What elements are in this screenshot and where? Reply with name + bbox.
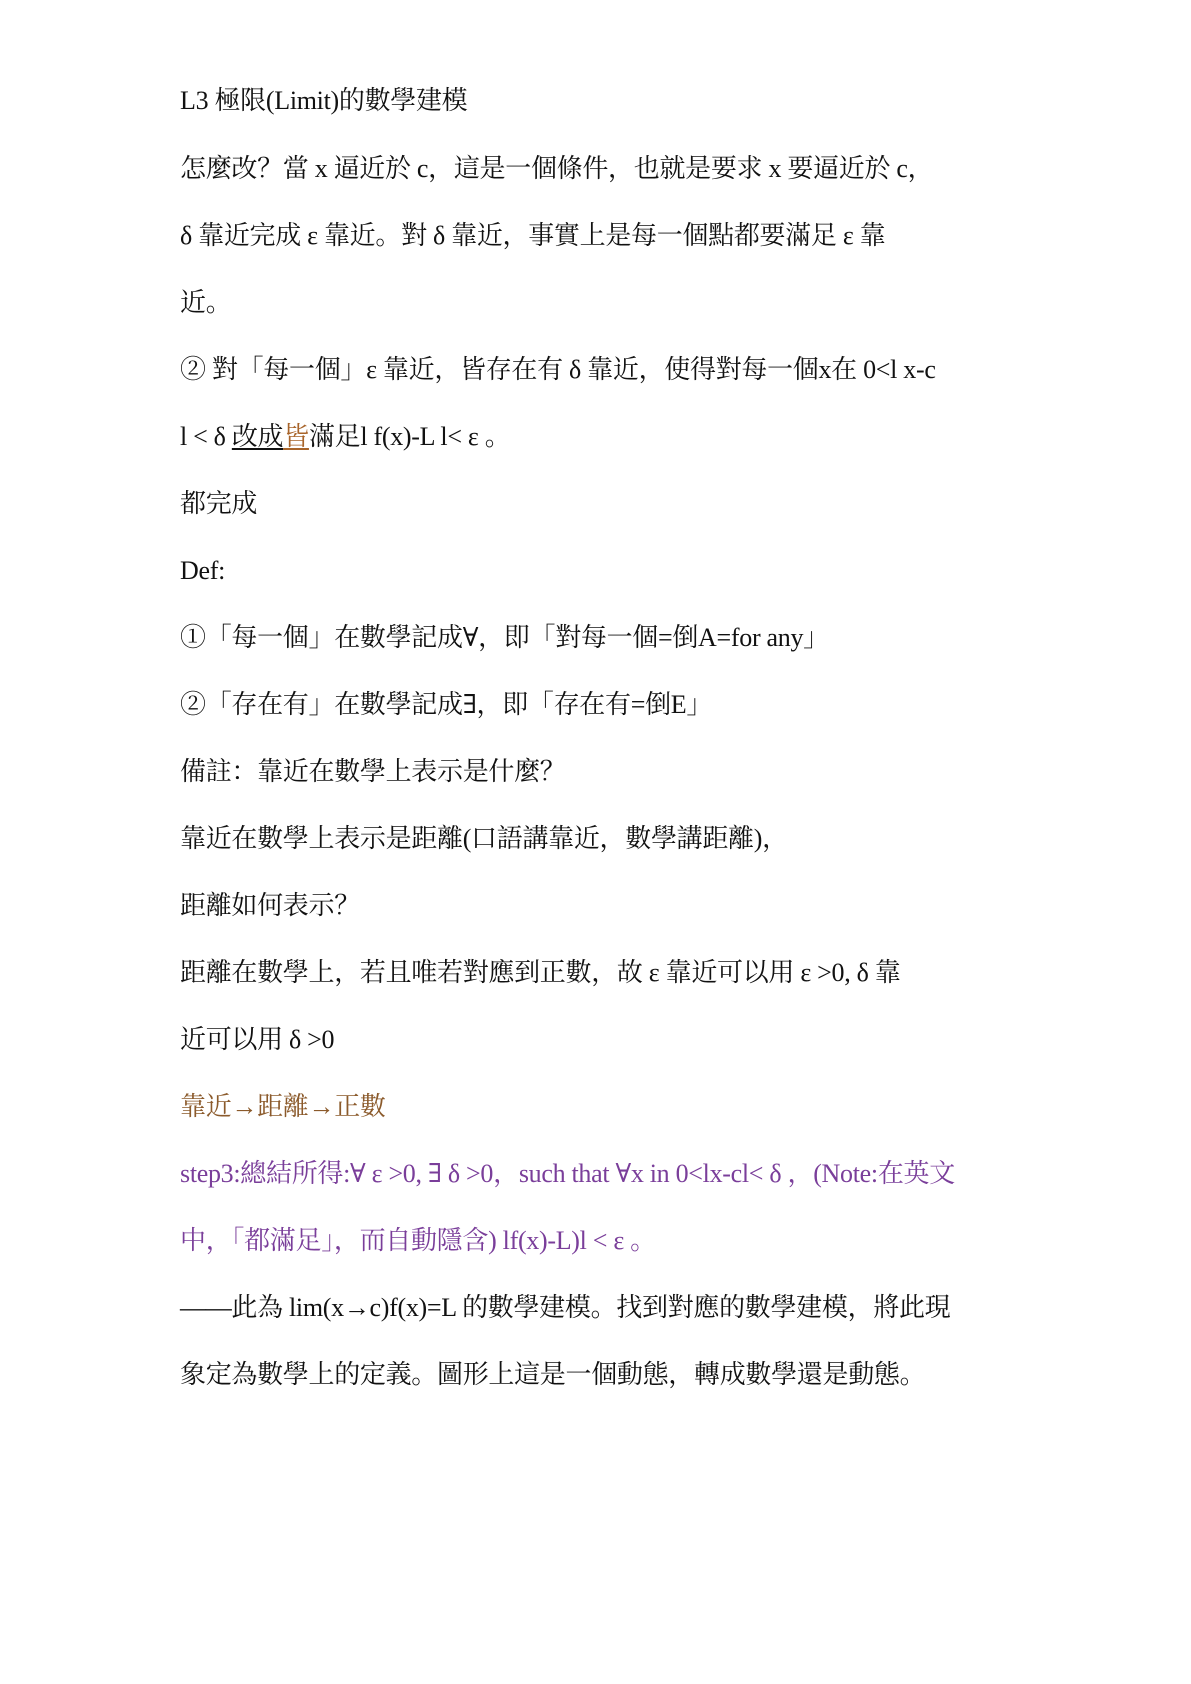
paragraph-line: 近可以用 δ >0 [180,1023,334,1057]
paragraph-line: 靠近在數學上表示是距離(口語講靠近，數學講距離)， [180,822,788,856]
paragraph-line: δ 靠近完成 ε 靠近。對 δ 靠近，事實上是每一個點都要滿足 ε 靠 [180,219,885,253]
paragraph-line: 怎麼改？當 x 逼近於 c，這是一個條件，也就是要求 x 要逼近於 c， [180,152,933,186]
conclusion-line: 象定為數學上的定義。圖形上這是一個動態，轉成數學還是動態。 [180,1358,925,1392]
conclusion-line: ——此為 lim(x→c)f(x)=L 的數學建模。找到對應的數學建模，將此現 [180,1291,950,1325]
definition-heading: Def: [180,554,225,588]
paragraph-line: 距離在數學上，若且唯若對應到正數，故 ε 靠近可以用 ε >0, δ 靠 [180,956,900,990]
document-page: L3 極限(Limit)的數學建模 怎麼改？當 x 逼近於 c，這是一個條件，也… [0,0,1191,1684]
paragraph-line: 近。 [180,286,231,320]
paragraph-line: ② 對「每一個」ε 靠近，皆存在有 δ 靠近，使得對每一個x在 0<l x-c [180,353,936,387]
concept-chain: 靠近→距離→正數 [180,1090,386,1124]
definition-item: ②「存在有」在數學記成∃，即「存在有=倒E」 [180,688,712,722]
line-segment: l < δ [180,422,232,451]
paragraph-line-with-edit: l < δ 改成皆滿足l f(x)-L l< ε 。 [180,420,510,454]
paragraph-line: 都完成 [180,487,257,521]
step3-summary: 中，「都滿足」，而自動隱含) lf(x)-L)l < ε 。 [180,1224,656,1258]
underlined-edit-text: 改成 [232,422,283,451]
definition-item: ①「每一個」在數學記成∀，即「對每一個=倒A=for any」 [180,621,829,655]
line-segment: 滿足l f(x)-L l< ε 。 [309,422,510,451]
highlighted-edit-text: 皆 [283,422,309,451]
document-title: L3 極限(Limit)的數學建模 [180,84,467,118]
note-question: 備註：靠近在數學上表示是什麼？ [180,755,566,789]
step3-summary: step3:總結所得:∀ ε >0, ∃ δ >0，such that ∀x i… [180,1157,955,1191]
paragraph-line: 距離如何表示？ [180,889,360,923]
